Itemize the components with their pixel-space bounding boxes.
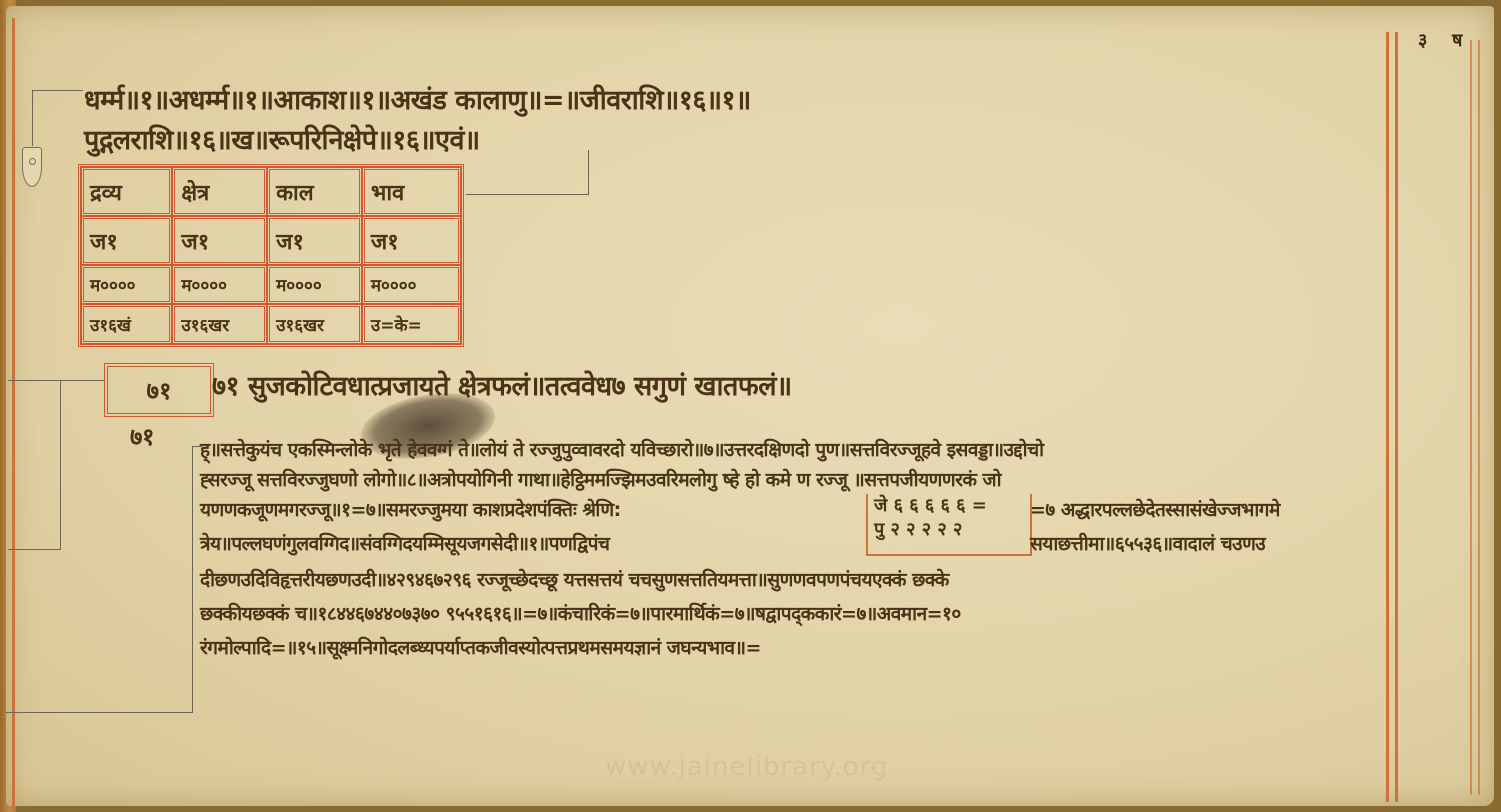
table-header-cell: द्रव्य <box>81 167 172 216</box>
body-line-4: त्रेय॥पल्लघणंगुलवग्गिद॥संवग्गिदयम्मिसूयज… <box>200 530 610 556</box>
table-row: ज१ ज१ ज१ ज१ <box>81 216 461 265</box>
dravya-table: द्रव्य क्षेत्र काल भाव ज१ ज१ ज१ ज१ म००००… <box>78 164 464 347</box>
reference-box: ७१ <box>104 363 214 417</box>
number-box-bottom: पु २ २ २ २ २ <box>874 518 1030 542</box>
right-margin-rule-2 <box>1395 32 1398 802</box>
guide-line-top <box>32 90 83 146</box>
folio-mark: ष <box>1452 28 1462 52</box>
table-row: उ१६खं उ१६खर उ१६खर उ=के= <box>81 304 461 344</box>
verse-line: ७१ सुजकोटिवधात्प्रजायते क्षेत्रफलं॥तत्वव… <box>212 366 792 403</box>
table-header-cell: काल <box>267 167 362 216</box>
body-line-7: रंगमोल्पादि=॥१५॥सूक्ष्मनिगोदलब्ध्यपर्याप… <box>200 634 761 660</box>
table-cell: उ१६खर <box>267 304 362 344</box>
table-cell: ज१ <box>362 216 461 265</box>
body-line-3-tail: =७ अद्धारपल्लछेदेतस्सासंखेज्जभागमे <box>1030 496 1280 522</box>
table-cell: ज१ <box>81 216 172 265</box>
body-line-2: ह्सरज्जू सत्तविरज्जुघणो लोगो॥८॥अत्रोपयोग… <box>200 466 1001 492</box>
table-header-cell: भाव <box>362 167 461 216</box>
stylus-icon <box>22 147 42 187</box>
folio-number: ३ <box>1418 28 1427 52</box>
body-line-1: ह्॥सत्तेकुयंच एकस्मिन्लोके भृते हेववग्गं… <box>200 436 1044 462</box>
body-line-6: छक्कीयछक्कं च॥१८४४६७४४०७३७० ९५५१६१६॥=७॥क… <box>200 600 961 626</box>
table-cell: ज१ <box>267 216 362 265</box>
table-cell: उ=के= <box>362 304 461 344</box>
table-cell: म०००० <box>172 265 267 304</box>
edge-rule-2 <box>1478 40 1480 795</box>
number-box: जे ६ ६ ६ ६ ६ = पु २ २ २ २ २ <box>866 494 1032 556</box>
watermark: www.jainelibrary.org <box>605 752 888 782</box>
body-line-3: यणणकजूणमगरज्जू॥१=७॥समरज्जुमया काशप्रदेशप… <box>200 496 621 522</box>
guide-line-body-bracket <box>6 446 193 713</box>
body-line-4-tail: सयाछत्तीमा॥६५५३६॥वादालं चउणउ <box>1030 530 1265 556</box>
guide-line-table-right <box>466 150 589 195</box>
edge-rule-1 <box>1470 40 1472 795</box>
table-cell: म०००० <box>81 265 172 304</box>
table-row: म०००० म०००० म०००० म०००० <box>81 265 461 304</box>
table-cell: म०००० <box>362 265 461 304</box>
table-cell: म०००० <box>267 265 362 304</box>
table-cell: उ१६खर <box>172 304 267 344</box>
table-header-cell: क्षेत्र <box>172 167 267 216</box>
table-cell: उ१६खं <box>81 304 172 344</box>
right-margin-rule-1 <box>1386 32 1389 802</box>
table-cell: ज१ <box>172 216 267 265</box>
header-line-1: धर्म्म॥१॥अधर्म्म॥१॥आकाश॥१॥अखंड कालाणु॥=॥… <box>84 80 751 117</box>
body-line-5: दीछणउदिविहृत्तरीयछणउदी॥४२९४६७२९६ रज्जूच्… <box>200 566 949 592</box>
number-box-top: जे ६ ६ ६ ६ ६ = <box>874 494 1030 518</box>
guide-line-connector <box>60 380 104 381</box>
table-header-row: द्रव्य क्षेत्र काल भाव <box>81 167 461 216</box>
header-line-2: पुद्गलराशि॥१६॥ख॥रूपरिनिक्षेपे॥१६॥एवं॥ <box>84 120 480 157</box>
